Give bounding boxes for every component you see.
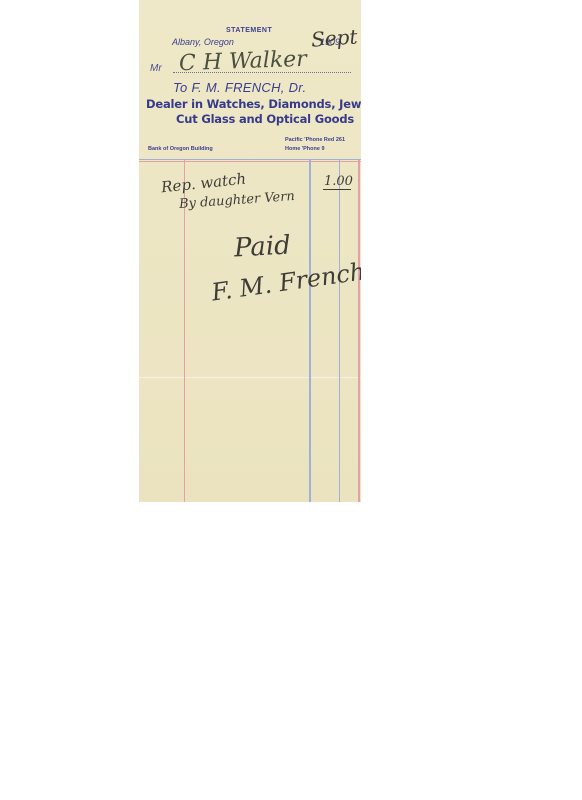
- paper-crease: [139, 377, 361, 378]
- statement-receipt: STATEMENT Albany, Oregon 1909 Sept 18 Mr…: [139, 0, 361, 502]
- line-item-amount: 1.00: [324, 174, 353, 189]
- handwritten-customer-name: C H Walker: [179, 47, 308, 76]
- business-description-line2: Cut Glass and Optical Goods: [176, 112, 354, 126]
- salutation-prefix: Mr: [150, 63, 162, 74]
- phone-pacific: Pacific 'Phone Red 261: [285, 137, 345, 143]
- business-description-line1: Dealer in Watches, Diamonds, Jewelry,: [146, 97, 361, 111]
- handwritten-date: Sept 18: [310, 22, 361, 51]
- business-address: Bank of Oregon Building: [148, 146, 213, 152]
- column-rule-blue-1: [309, 160, 311, 502]
- right-rule-red: [358, 160, 360, 502]
- statement-title: STATEMENT: [226, 27, 272, 34]
- amount-underline: [323, 189, 351, 190]
- column-rule-blue-2: [339, 160, 340, 502]
- place-label: Albany, Oregon: [172, 37, 234, 47]
- header-rule-red: [139, 161, 361, 162]
- phone-home: Home 'Phone 9: [285, 146, 325, 152]
- header-rule-blue: [139, 159, 361, 160]
- creditor-line: To F. M. FRENCH, Dr.: [173, 80, 306, 95]
- paid-mark: Paid: [233, 231, 291, 264]
